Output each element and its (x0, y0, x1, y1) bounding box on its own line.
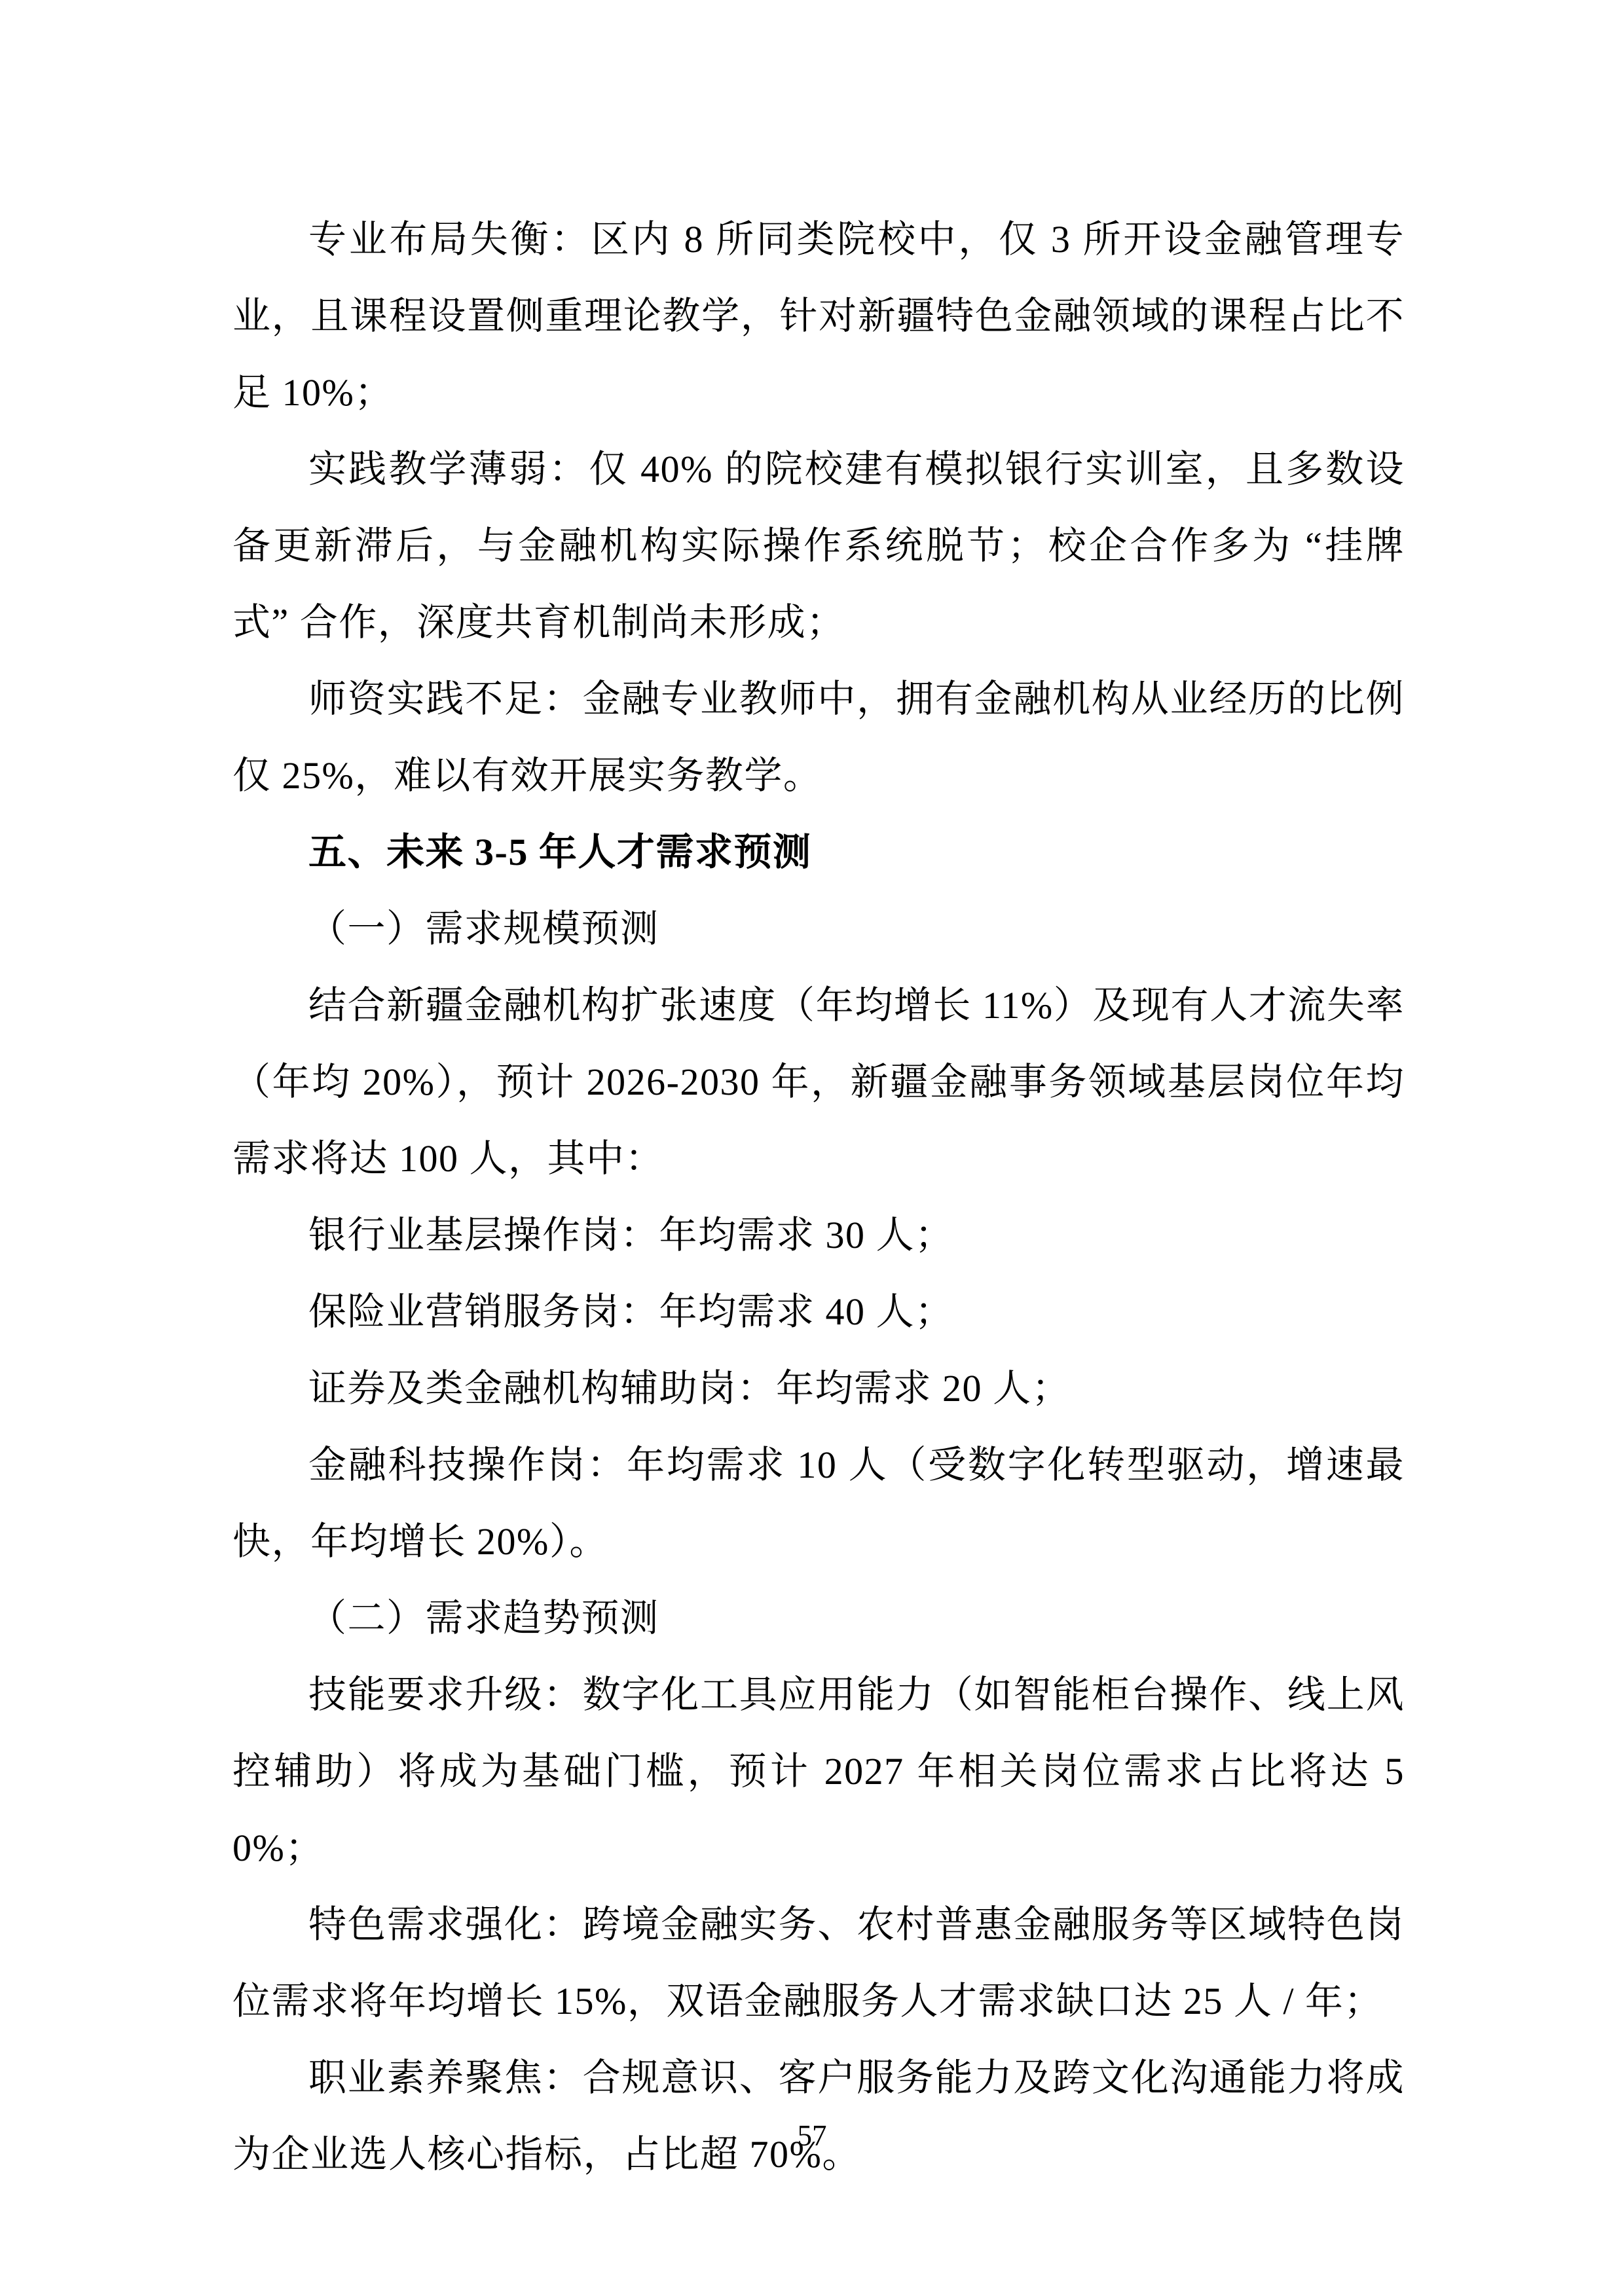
paragraph: 结合新疆金融机构扩张速度（年均增长 11%）及现有人才流失率（年均 20%），预… (232, 967, 1405, 1197)
paragraph: 金融科技操作岗：年均需求 10 人（受数字化转型驱动，增速最快，年均增长 20%… (232, 1427, 1405, 1580)
document-body: 专业布局失衡：区内 8 所同类院校中，仅 3 所开设金融管理专业，且课程设置侧重… (232, 0, 1405, 2193)
paragraph: 证券及类金融机构辅助岗：年均需求 20 人； (232, 1350, 1405, 1427)
paragraph: 技能要求升级：数字化工具应用能力（如智能柜台操作、线上风控辅助）将成为基础门槛，… (232, 1656, 1405, 1886)
page-number: 57 (0, 2116, 1624, 2155)
paragraph: 特色需求强化：跨境金融实务、农村普惠金融服务等区域特色岗位需求将年均增长 15%… (232, 1886, 1405, 2039)
paragraph: （二）需求趋势预测 (232, 1580, 1405, 1656)
paragraph: 保险业营销服务岗：年均需求 40 人； (232, 1273, 1405, 1350)
paragraph: 银行业基层操作岗：年均需求 30 人； (232, 1197, 1405, 1273)
paragraph: 师资实践不足：金融专业教师中，拥有金融机构从业经历的比例仅 25%，难以有效开展… (232, 661, 1405, 814)
paragraph: 实践教学薄弱：仅 40% 的院校建有模拟银行实训室，且多数设备更新滞后，与金融机… (232, 431, 1405, 661)
section-heading: 五、未来 3-5 年人才需求预测 (232, 814, 1405, 890)
paragraph: 专业布局失衡：区内 8 所同类院校中，仅 3 所开设金融管理专业，且课程设置侧重… (232, 201, 1405, 431)
paragraph: （一）需求规模预测 (232, 890, 1405, 967)
document-page: 专业布局失衡：区内 8 所同类院校中，仅 3 所开设金融管理专业，且课程设置侧重… (0, 0, 1624, 2296)
